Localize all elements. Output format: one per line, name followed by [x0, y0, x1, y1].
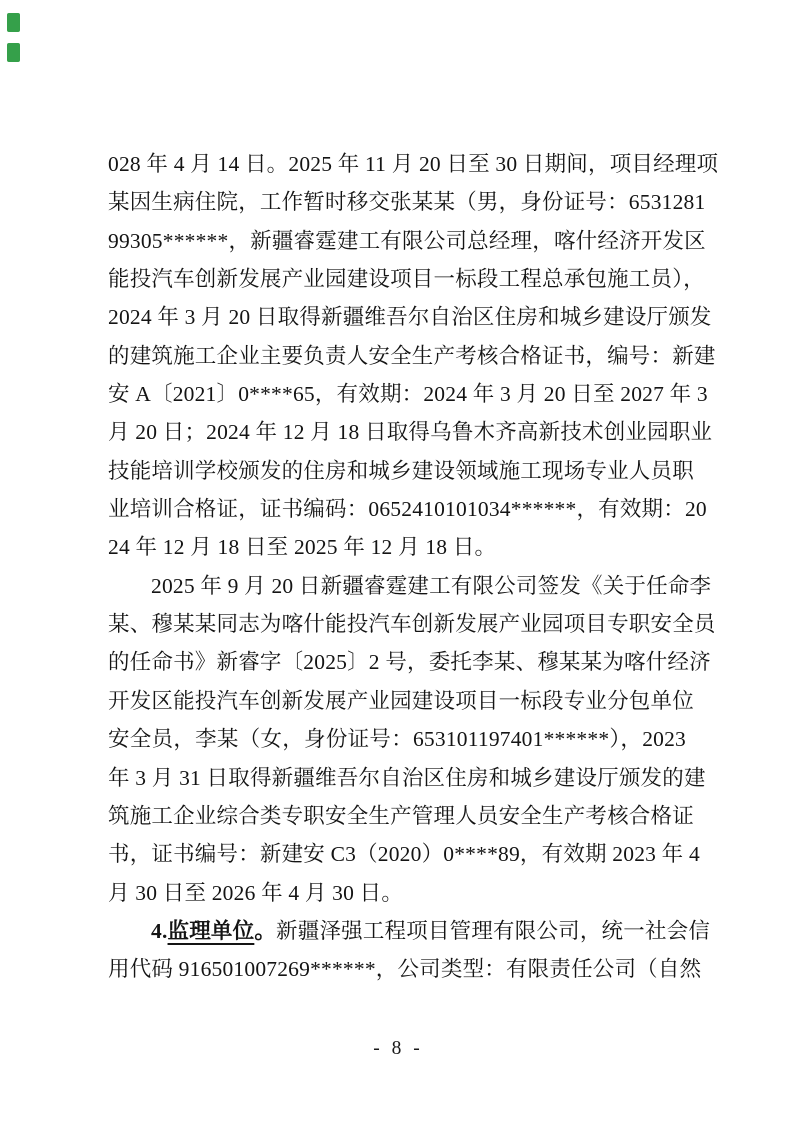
text-line: 99305******，新疆睿霆建工有限公司总经理，喀什经济开发区 — [108, 222, 686, 260]
section-title: 监理单位 — [168, 919, 255, 943]
text-line: 的任命书》新睿字〔2025〕2 号，委托李某、穆某某为喀什经济 — [108, 643, 686, 681]
document-body: 028 年 4 月 14 日。2025 年 11 月 20 日至 30 日期间，… — [108, 145, 686, 989]
text-line: 月 30 日至 2026 年 4 月 30 日。 — [108, 874, 686, 912]
section-title-period: 。 — [254, 919, 276, 943]
paragraph-1: 028 年 4 月 14 日。2025 年 11 月 20 日至 30 日期间，… — [108, 145, 686, 567]
text-line: 某、穆某某同志为喀什能投汽车创新发展产业园项目专职安全员 — [108, 605, 686, 643]
text-line: 开发区能投汽车创新发展产业园建设项目一标段专业分包单位 — [108, 682, 686, 720]
text-line: 年 3 月 31 日取得新疆维吾尔自治区住房和城乡建设厅颁发的建 — [108, 759, 686, 797]
text-line: 书，证书编号：新建安 C3（2020）0****89，有效期 2023 年 4 — [108, 835, 686, 873]
text-line: 的建筑施工企业主要负责人安全生产考核合格证书，编号：新建 — [108, 337, 686, 375]
text-line: 4.监理单位。新疆泽强工程项目管理有限公司，统一社会信 — [108, 912, 686, 950]
text-line: 安全员，李某（女，身份证号：653101197401******），2023 — [108, 720, 686, 758]
paragraph-2: 2025 年 9 月 20 日新疆睿霆建工有限公司签发《关于任命李 某、穆某某同… — [108, 567, 686, 912]
scan-artifact-mark — [7, 43, 20, 62]
text-line: 月 20 日；2024 年 12 月 18 日取得乌鲁木齐高新技术创业园职业 — [108, 413, 686, 451]
text-line: 028 年 4 月 14 日。2025 年 11 月 20 日至 30 日期间，… — [108, 145, 686, 183]
document-page: 028 年 4 月 14 日。2025 年 11 月 20 日至 30 日期间，… — [0, 0, 793, 1122]
text-line: 安 A〔2021〕0****65，有效期：2024 年 3 月 20 日至 20… — [108, 375, 686, 413]
scan-artifact-mark — [7, 13, 20, 32]
text-segment: 新疆泽强工程项目管理有限公司，统一社会信 — [276, 919, 710, 943]
text-line: 24 年 12 月 18 日至 2025 年 12 月 18 日。 — [108, 528, 686, 566]
text-line: 2025 年 9 月 20 日新疆睿霆建工有限公司签发《关于任命李 — [108, 567, 686, 605]
text-line: 筑施工企业综合类专职安全生产管理人员安全生产考核合格证 — [108, 797, 686, 835]
page-number: - 8 - — [0, 1038, 793, 1060]
text-line: 技能培训学校颁发的住房和城乡建设领域施工现场专业人员职 — [108, 452, 686, 490]
section-number: 4. — [151, 919, 168, 943]
text-line: 业培训合格证，证书编码：0652410101034******，有效期：20 — [108, 490, 686, 528]
paragraph-3: 4.监理单位。新疆泽强工程项目管理有限公司，统一社会信 用代码 91650100… — [108, 912, 686, 989]
text-line: 某因生病住院，工作暂时移交张某某（男，身份证号：6531281 — [108, 183, 686, 221]
text-line: 2024 年 3 月 20 日取得新疆维吾尔自治区住房和城乡建设厅颁发 — [108, 298, 686, 336]
text-line: 能投汽车创新发展产业园建设项目一标段工程总承包施工员）， — [108, 260, 686, 298]
text-line: 用代码 916501007269******，公司类型：有限责任公司（自然 — [108, 950, 686, 988]
